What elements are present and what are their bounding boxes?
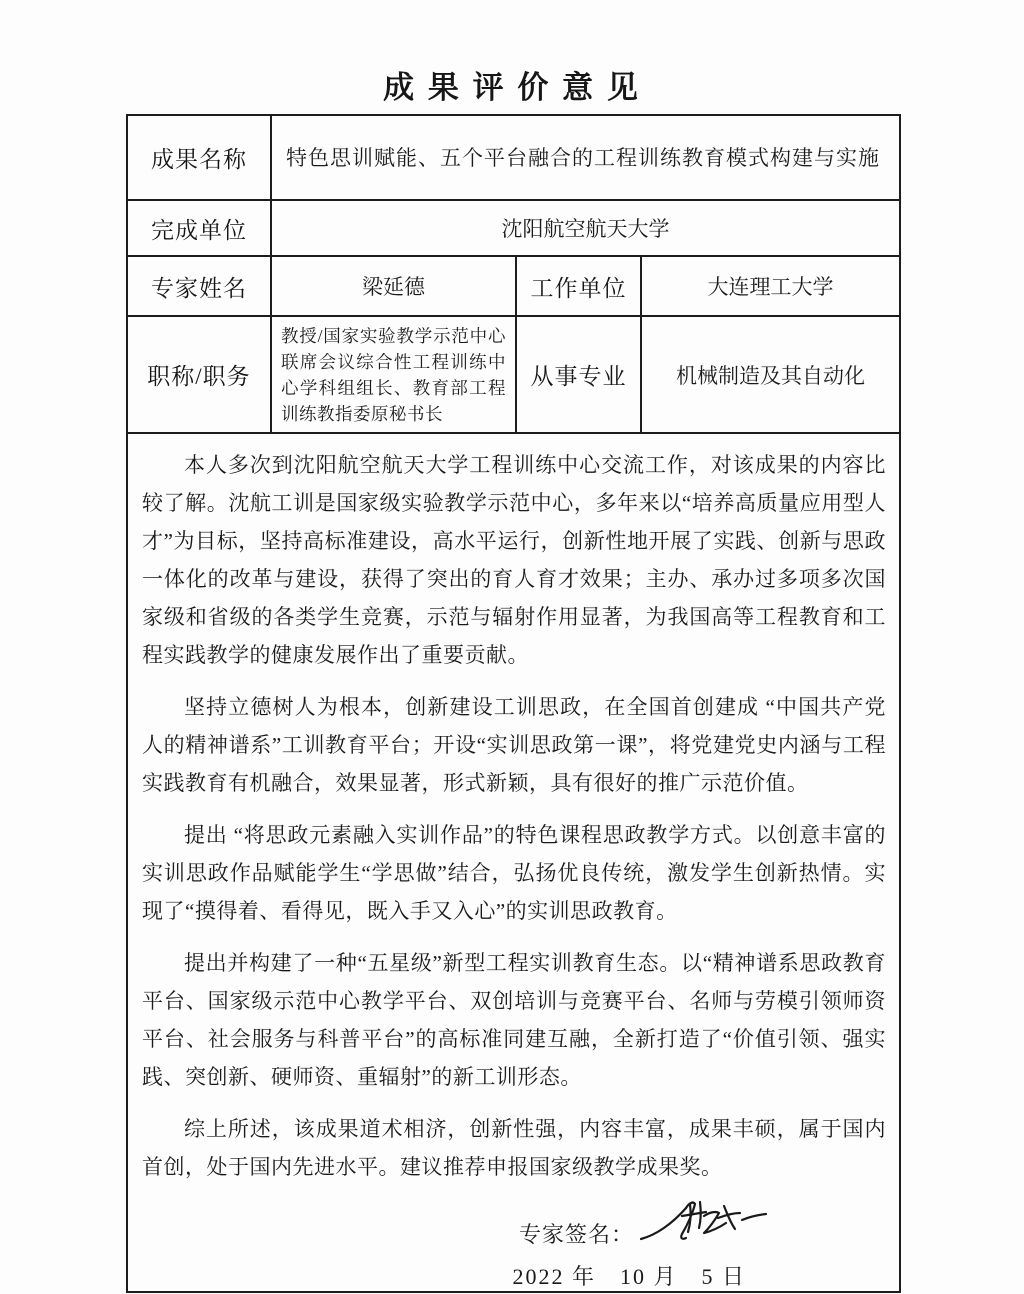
opinion-paragraph: 综上所述，该成果道术相济，创新性强，内容丰富，成果丰硕，属于国内首创，处于国内先…: [142, 1110, 886, 1186]
field-value-achievement-name: 特色思训赋能、五个平台融合的工程训练教育模式构建与实施: [271, 115, 900, 200]
expert-signature: [638, 1194, 770, 1246]
field-label-expert-name: 专家姓名: [127, 256, 271, 316]
field-value-profession: 机械制造及其自动化: [641, 316, 900, 433]
opinion-paragraph: 提出并构建了一种“五星级”新型工程实训教育生态。以“精神谱系思政教育平台、国家级…: [142, 944, 886, 1096]
field-label-title-position: 职称/职务: [127, 316, 271, 433]
opinion-paragraph: 本人多次到沈阳航空航天大学工程训练中心交流工作，对该成果的内容比较了解。沈航工训…: [142, 446, 886, 674]
row-title-profession: 职称/职务 教授/国家实验教学示范中心联席会议综合性工程训练中心学科组组长、教育…: [127, 316, 900, 433]
document: 成 果 评 价 意 见 成果名称 特色思训赋能、五个平台融合的工程训练教育模式构…: [0, 0, 1024, 1294]
field-label-work-unit: 工作单位: [516, 256, 641, 316]
opinion-paragraph: 提出 “将思政元素融入实训作品”的特色课程思政教学方式。以创意丰富的实训思政作品…: [142, 816, 886, 930]
field-value-title-position: 教授/国家实验教学示范中心联席会议综合性工程训练中心学科组组长、教育部工程训练教…: [271, 316, 516, 433]
opinion-cell: 本人多次到沈阳航空航天大学工程训练中心交流工作，对该成果的内容比较了解。沈航工训…: [127, 433, 900, 1292]
field-value-completing-unit: 沈阳航空航天大学: [271, 200, 900, 256]
scanned-evaluation-page: { "page": { "title": "成 果 评 价 意 见" }, "t…: [0, 0, 1024, 1294]
signature-label: 专家签名：: [519, 1218, 634, 1252]
field-label-profession: 从事专业: [516, 316, 641, 433]
opinion-paragraph: 坚持立德树人为根本，创新建设工训思政，在全国首创建成 “中国共产党人的精神谱系”…: [142, 688, 886, 802]
date-line: 2022 年 10 月 5 日: [142, 1260, 886, 1291]
row-expert: 专家姓名 梁延德 工作单位 大连理工大学: [127, 256, 900, 316]
row-completing-unit: 完成单位 沈阳航空航天大学: [127, 200, 900, 256]
signature-row: 专家签名：: [142, 1200, 886, 1252]
page-title: 成 果 评 价 意 见: [0, 62, 1024, 107]
row-achievement-name: 成果名称 特色思训赋能、五个平台融合的工程训练教育模式构建与实施: [127, 115, 900, 200]
field-label-completing-unit: 完成单位: [127, 200, 271, 256]
evaluation-table: 成果名称 特色思训赋能、五个平台融合的工程训练教育模式构建与实施 完成单位 沈阳…: [126, 114, 901, 1293]
field-value-expert-name: 梁延德: [271, 256, 516, 316]
field-label-achievement-name: 成果名称: [127, 115, 271, 200]
field-value-work-unit: 大连理工大学: [641, 256, 900, 316]
row-opinion-body: 本人多次到沈阳航空航天大学工程训练中心交流工作，对该成果的内容比较了解。沈航工训…: [127, 433, 900, 1292]
